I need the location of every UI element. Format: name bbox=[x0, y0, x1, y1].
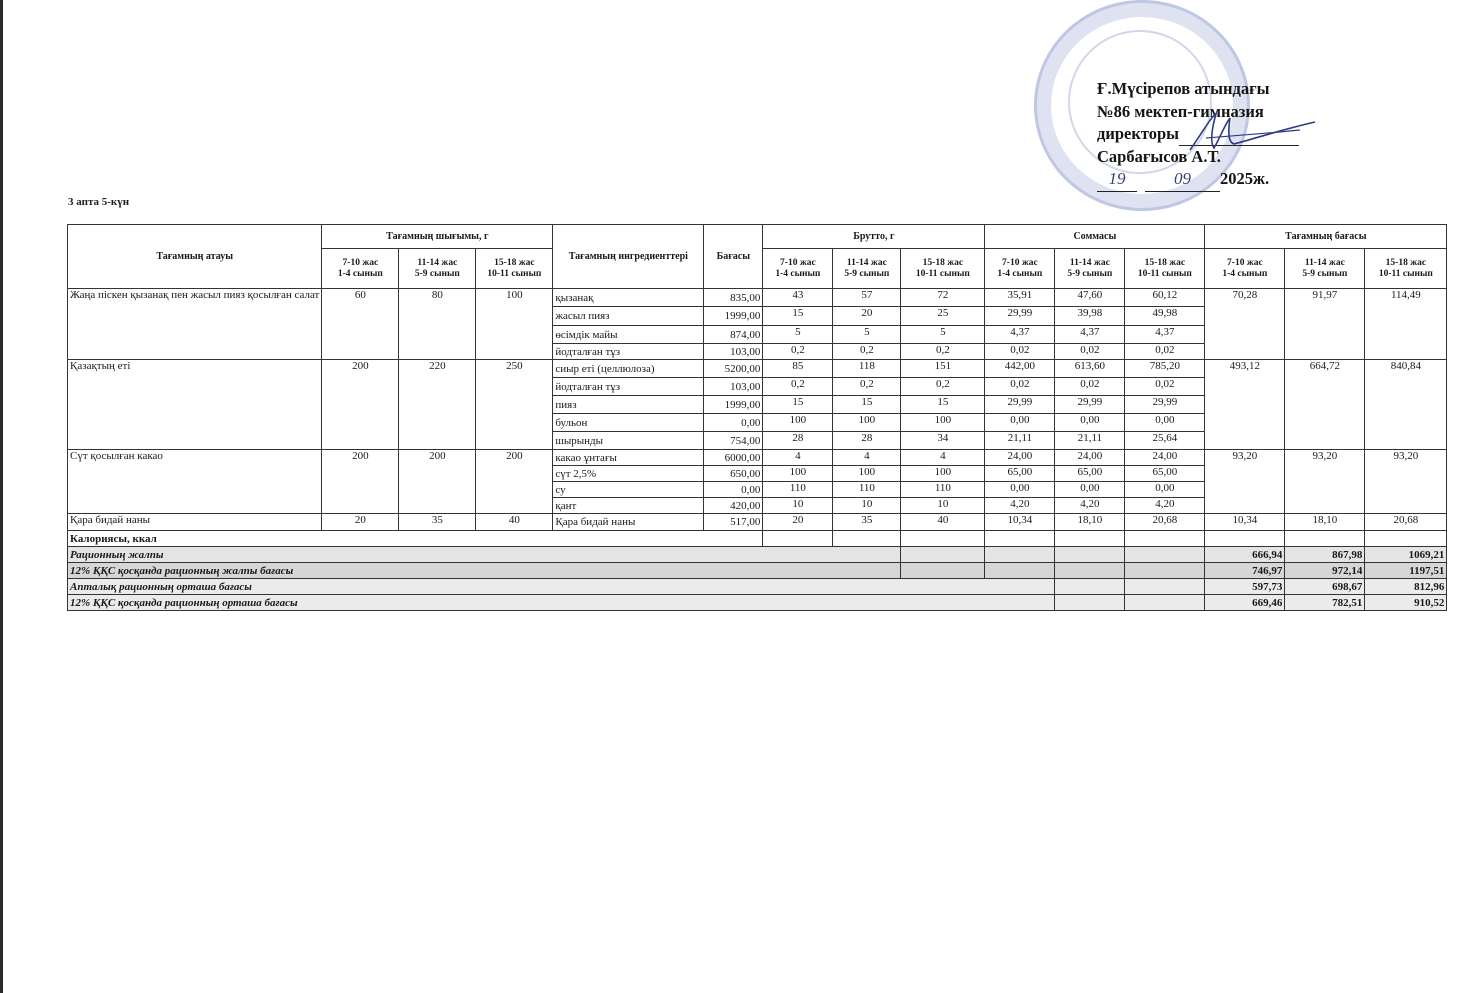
header-dish-price-age-3: 15-18 жас10-11 сынып bbox=[1365, 249, 1447, 289]
ingredient-name: өсімдік майы bbox=[553, 326, 704, 344]
sum-value: 21,11 bbox=[985, 432, 1055, 450]
sum-value: 60,12 bbox=[1125, 289, 1205, 307]
brutto-value: 0,2 bbox=[901, 378, 985, 396]
brutto-value: 4 bbox=[763, 450, 833, 466]
sum-value: 4,37 bbox=[985, 326, 1055, 344]
portion-value: 100 bbox=[476, 289, 553, 360]
ingredient-name: йодталған тұз bbox=[553, 344, 704, 360]
summary-value: 782,51 bbox=[1285, 595, 1365, 611]
dish-price-value: 664,72 bbox=[1285, 360, 1365, 450]
summary-value: 698,67 bbox=[1285, 579, 1365, 595]
sum-value: 0,00 bbox=[1125, 482, 1205, 498]
age-label: 7-10 жас bbox=[765, 258, 830, 269]
grade-label: 5-9 сынып bbox=[401, 269, 473, 280]
sum-value: 4,37 bbox=[1125, 326, 1205, 344]
ingredient-name: шырынды bbox=[553, 432, 704, 450]
sum-value: 35,91 bbox=[985, 289, 1055, 307]
day-label: 3 апта 5-күн bbox=[68, 196, 129, 208]
summary-label: 12% ҚҚС қосқанда рационның жалпы бағасы bbox=[68, 563, 901, 579]
ingredient-name: сүт 2,5% bbox=[553, 466, 704, 482]
sum-value: 47,60 bbox=[1055, 289, 1125, 307]
sum-value: 0,00 bbox=[1055, 414, 1125, 432]
date-day: 19 bbox=[1097, 168, 1137, 192]
ingredient-name: сиыр еті (целлюлоза) bbox=[553, 360, 704, 378]
dish-price-value: 70,28 bbox=[1205, 289, 1285, 360]
sum-value: 65,00 bbox=[985, 466, 1055, 482]
ingredient-price: 754,00 bbox=[704, 432, 763, 450]
age-label: 11-14 жас bbox=[401, 258, 473, 269]
age-label: 11-14 жас bbox=[835, 258, 898, 269]
age-label: 15-18 жас bbox=[1367, 258, 1444, 269]
sum-value: 0,00 bbox=[985, 482, 1055, 498]
sum-value: 20,68 bbox=[1125, 514, 1205, 531]
ingredient-name: какао ұнтағы bbox=[553, 450, 704, 466]
ingredient-name: жасыл пияз bbox=[553, 307, 704, 326]
empty-cell bbox=[901, 547, 985, 563]
sum-value: 65,00 bbox=[1125, 466, 1205, 482]
header-portion: Тағамның шығымы, г bbox=[322, 225, 553, 249]
portion-value: 40 bbox=[476, 514, 553, 531]
brutto-value: 15 bbox=[763, 396, 833, 414]
empty-cell bbox=[1055, 563, 1125, 579]
dish-price-value: 10,34 bbox=[1205, 514, 1285, 531]
empty-cell bbox=[1365, 531, 1447, 547]
ingredient-price: 6000,00 bbox=[704, 450, 763, 466]
empty-cell bbox=[901, 531, 985, 547]
age-label: 15-18 жас bbox=[903, 258, 982, 269]
grade-label: 10-11 сынып bbox=[1367, 269, 1444, 280]
header-ingredients: Тағамның ингредиенттері bbox=[553, 225, 704, 289]
empty-cell bbox=[985, 563, 1055, 579]
brutto-value: 0,2 bbox=[901, 344, 985, 360]
dish-price-value: 93,20 bbox=[1365, 450, 1447, 514]
brutto-value: 0,2 bbox=[833, 378, 901, 396]
empty-cell bbox=[1125, 547, 1205, 563]
sum-value: 442,00 bbox=[985, 360, 1055, 378]
grade-label: 5-9 сынып bbox=[1057, 269, 1122, 280]
summary-row: Рационның жалпы666,94867,981069,21 bbox=[68, 547, 1447, 563]
scan-left-edge bbox=[0, 0, 3, 993]
ingredient-price: 0,00 bbox=[704, 482, 763, 498]
brutto-value: 25 bbox=[901, 307, 985, 326]
sum-value: 0,02 bbox=[985, 344, 1055, 360]
sum-value: 4,20 bbox=[1125, 498, 1205, 514]
header-dish-price-age-1: 7-10 жас1-4 сынып bbox=[1205, 249, 1285, 289]
empty-cell bbox=[1055, 547, 1125, 563]
brutto-value: 34 bbox=[901, 432, 985, 450]
header-portion-age-3: 15-18 жас10-11 сынып bbox=[476, 249, 553, 289]
dish-price-value: 93,20 bbox=[1205, 450, 1285, 514]
sum-value: 613,60 bbox=[1055, 360, 1125, 378]
brutto-value: 28 bbox=[763, 432, 833, 450]
brutto-value: 10 bbox=[763, 498, 833, 514]
grade-label: 10-11 сынып bbox=[1127, 269, 1202, 280]
sum-value: 0,00 bbox=[985, 414, 1055, 432]
header-portion-age-2: 11-14 жас5-9 сынып bbox=[399, 249, 476, 289]
brutto-value: 151 bbox=[901, 360, 985, 378]
dish-price-value: 20,68 bbox=[1365, 514, 1447, 531]
empty-cell bbox=[763, 531, 833, 547]
brutto-value: 85 bbox=[763, 360, 833, 378]
header-portion-age-1: 7-10 жас1-4 сынып bbox=[322, 249, 399, 289]
grade-label: 1-4 сынып bbox=[1207, 269, 1282, 280]
calories-label: Калориясы, ккал bbox=[68, 531, 763, 547]
sum-value: 0,00 bbox=[1125, 414, 1205, 432]
brutto-value: 15 bbox=[763, 307, 833, 326]
empty-cell bbox=[1055, 579, 1125, 595]
director-signature bbox=[1150, 108, 1320, 156]
header-dish-price-age-2: 11-14 жас5-9 сынып bbox=[1285, 249, 1365, 289]
table-row: Қазақтың еті200220250сиыр еті (целлюлоза… bbox=[68, 360, 1447, 378]
portion-value: 200 bbox=[322, 450, 399, 514]
empty-cell bbox=[1125, 579, 1205, 595]
summary-value: 812,96 bbox=[1365, 579, 1447, 595]
brutto-value: 100 bbox=[763, 466, 833, 482]
header-sum: Соммасы bbox=[985, 225, 1205, 249]
empty-cell bbox=[985, 547, 1055, 563]
grade-label: 10-11 сынып bbox=[903, 269, 982, 280]
age-label: 7-10 жас bbox=[324, 258, 396, 269]
summary-label: Апталық рационның орташа бағасы bbox=[68, 579, 1055, 595]
sum-value: 785,20 bbox=[1125, 360, 1205, 378]
brutto-value: 72 bbox=[901, 289, 985, 307]
brutto-value: 0,2 bbox=[833, 344, 901, 360]
approval-school-name: Ғ.Мүсірепов атындағы bbox=[1097, 78, 1299, 101]
sum-value: 24,00 bbox=[1055, 450, 1125, 466]
summary-value: 910,52 bbox=[1365, 595, 1447, 611]
ingredient-price: 835,00 bbox=[704, 289, 763, 307]
dish-price-value: 93,20 bbox=[1285, 450, 1365, 514]
portion-value: 80 bbox=[399, 289, 476, 360]
header-brutto-age-3: 15-18 жас10-11 сынып bbox=[901, 249, 985, 289]
header-dish-price: Тағамның бағасы bbox=[1205, 225, 1447, 249]
summary-value: 867,98 bbox=[1285, 547, 1365, 563]
brutto-value: 10 bbox=[901, 498, 985, 514]
brutto-value: 4 bbox=[833, 450, 901, 466]
summary-value: 972,14 bbox=[1285, 563, 1365, 579]
sum-value: 0,02 bbox=[1055, 378, 1125, 396]
brutto-value: 100 bbox=[763, 414, 833, 432]
portion-value: 35 bbox=[399, 514, 476, 531]
dish-name: Жаңа піскен қызанақ пен жасыл пияз қосыл… bbox=[68, 289, 322, 360]
sum-value: 24,00 bbox=[1125, 450, 1205, 466]
brutto-value: 0,2 bbox=[763, 378, 833, 396]
grade-label: 5-9 сынып bbox=[1287, 269, 1362, 280]
age-label: 7-10 жас bbox=[987, 258, 1052, 269]
ingredient-name: бульон bbox=[553, 414, 704, 432]
brutto-value: 43 bbox=[763, 289, 833, 307]
empty-cell bbox=[1125, 531, 1205, 547]
ingredient-price: 5200,00 bbox=[704, 360, 763, 378]
portion-value: 250 bbox=[476, 360, 553, 450]
sum-value: 29,99 bbox=[1125, 396, 1205, 414]
empty-cell bbox=[901, 563, 985, 579]
empty-cell bbox=[1125, 595, 1205, 611]
ingredient-name: йодталған тұз bbox=[553, 378, 704, 396]
brutto-value: 40 bbox=[901, 514, 985, 531]
brutto-value: 100 bbox=[901, 414, 985, 432]
age-label: 15-18 жас bbox=[478, 258, 550, 269]
table-row: Қара бидай наны203540Қара бидай наны517,… bbox=[68, 514, 1447, 531]
grade-label: 1-4 сынып bbox=[987, 269, 1052, 280]
empty-cell bbox=[1055, 531, 1125, 547]
sum-value: 4,20 bbox=[985, 498, 1055, 514]
ingredient-price: 650,00 bbox=[704, 466, 763, 482]
summary-row: 12% ҚҚС қосқанда рационның орташа бағасы… bbox=[68, 595, 1447, 611]
dish-name: Қара бидай наны bbox=[68, 514, 322, 531]
sum-value: 29,99 bbox=[985, 307, 1055, 326]
portion-value: 60 bbox=[322, 289, 399, 360]
table-row: Сүт қосылған какао200200200какао ұнтағы6… bbox=[68, 450, 1447, 466]
brutto-value: 110 bbox=[833, 482, 901, 498]
header-brutto-age-1: 7-10 жас1-4 сынып bbox=[763, 249, 833, 289]
summary-value: 597,73 bbox=[1205, 579, 1285, 595]
sum-value: 49,98 bbox=[1125, 307, 1205, 326]
empty-cell bbox=[985, 531, 1055, 547]
ingredient-name: Қара бидай наны bbox=[553, 514, 704, 531]
empty-cell bbox=[1125, 563, 1205, 579]
summary-row: Апталық рационның орташа бағасы597,73698… bbox=[68, 579, 1447, 595]
dish-price-value: 840,84 bbox=[1365, 360, 1447, 450]
sum-value: 0,02 bbox=[1055, 344, 1125, 360]
portion-value: 220 bbox=[399, 360, 476, 450]
sum-value: 29,99 bbox=[1055, 396, 1125, 414]
sum-value: 0,00 bbox=[1055, 482, 1125, 498]
ingredient-price: 1999,00 bbox=[704, 307, 763, 326]
summary-value: 1197,51 bbox=[1365, 563, 1447, 579]
brutto-value: 0,2 bbox=[763, 344, 833, 360]
grade-label: 1-4 сынып bbox=[324, 269, 396, 280]
summary-value: 746,97 bbox=[1205, 563, 1285, 579]
table-row: Жаңа піскен қызанақ пен жасыл пияз қосыл… bbox=[68, 289, 1447, 307]
brutto-value: 4 bbox=[901, 450, 985, 466]
grade-label: 5-9 сынып bbox=[835, 269, 898, 280]
dish-price-value: 493,12 bbox=[1205, 360, 1285, 450]
summary-label: Рационның жалпы bbox=[68, 547, 901, 563]
brutto-value: 110 bbox=[901, 482, 985, 498]
brutto-value: 20 bbox=[833, 307, 901, 326]
ingredient-name: су bbox=[553, 482, 704, 498]
sum-value: 39,98 bbox=[1055, 307, 1125, 326]
summary-label: 12% ҚҚС қосқанда рационның орташа бағасы bbox=[68, 595, 1055, 611]
header-sum-age-1: 7-10 жас1-4 сынып bbox=[985, 249, 1055, 289]
sum-value: 29,99 bbox=[985, 396, 1055, 414]
calories-row: Калориясы, ккал bbox=[68, 531, 1447, 547]
brutto-value: 100 bbox=[901, 466, 985, 482]
age-label: 7-10 жас bbox=[1207, 258, 1282, 269]
header-brutto-age-2: 11-14 жас5-9 сынып bbox=[833, 249, 901, 289]
brutto-value: 100 bbox=[833, 414, 901, 432]
empty-cell bbox=[1205, 531, 1285, 547]
sum-value: 65,00 bbox=[1055, 466, 1125, 482]
brutto-value: 118 bbox=[833, 360, 901, 378]
empty-cell bbox=[1285, 531, 1365, 547]
header-price: Бағасы bbox=[704, 225, 763, 289]
dish-name: Қазақтың еті bbox=[68, 360, 322, 450]
portion-value: 200 bbox=[322, 360, 399, 450]
age-label: 11-14 жас bbox=[1057, 258, 1122, 269]
sum-value: 18,10 bbox=[1055, 514, 1125, 531]
brutto-value: 5 bbox=[901, 326, 985, 344]
brutto-value: 100 bbox=[833, 466, 901, 482]
date-month: 09 bbox=[1145, 168, 1220, 192]
brutto-value: 5 bbox=[833, 326, 901, 344]
ingredient-price: 420,00 bbox=[704, 498, 763, 514]
sum-value: 0,02 bbox=[1125, 344, 1205, 360]
brutto-value: 35 bbox=[833, 514, 901, 531]
menu-table: Тағамның атауы Тағамның шығымы, г Тағамн… bbox=[67, 224, 1447, 611]
portion-value: 20 bbox=[322, 514, 399, 531]
ingredient-price: 0,00 bbox=[704, 414, 763, 432]
summary-value: 1069,21 bbox=[1365, 547, 1447, 563]
approval-date: 19092025ж. bbox=[1097, 168, 1299, 191]
age-label: 11-14 жас bbox=[1287, 258, 1362, 269]
portion-value: 200 bbox=[399, 450, 476, 514]
ingredient-price: 103,00 bbox=[704, 378, 763, 396]
sum-value: 25,64 bbox=[1125, 432, 1205, 450]
sum-value: 0,02 bbox=[1125, 378, 1205, 396]
portion-value: 200 bbox=[476, 450, 553, 514]
brutto-value: 10 bbox=[833, 498, 901, 514]
sum-value: 0,02 bbox=[985, 378, 1055, 396]
brutto-value: 5 bbox=[763, 326, 833, 344]
sum-value: 10,34 bbox=[985, 514, 1055, 531]
header-brutto: Брутто, г bbox=[763, 225, 985, 249]
date-year: 2025ж. bbox=[1220, 169, 1269, 188]
sum-value: 4,37 bbox=[1055, 326, 1125, 344]
ingredient-price: 517,00 bbox=[704, 514, 763, 531]
ingredient-price: 103,00 bbox=[704, 344, 763, 360]
summary-row: 12% ҚҚС қосқанда рационның жалпы бағасы7… bbox=[68, 563, 1447, 579]
age-label: 15-18 жас bbox=[1127, 258, 1202, 269]
grade-label: 10-11 сынып bbox=[478, 269, 550, 280]
empty-cell bbox=[833, 531, 901, 547]
empty-cell bbox=[1055, 595, 1125, 611]
brutto-value: 15 bbox=[901, 396, 985, 414]
brutto-value: 15 bbox=[833, 396, 901, 414]
dish-price-value: 18,10 bbox=[1285, 514, 1365, 531]
ingredient-price: 874,00 bbox=[704, 326, 763, 344]
dish-price-value: 114,49 bbox=[1365, 289, 1447, 360]
header-sum-age-2: 11-14 жас5-9 сынып bbox=[1055, 249, 1125, 289]
header-sum-age-3: 15-18 жас10-11 сынып bbox=[1125, 249, 1205, 289]
sum-value: 24,00 bbox=[985, 450, 1055, 466]
ingredient-name: қызанақ bbox=[553, 289, 704, 307]
ingredient-name: қант bbox=[553, 498, 704, 514]
dish-name: Сүт қосылған какао bbox=[68, 450, 322, 514]
header-dish-name: Тағамның атауы bbox=[68, 225, 322, 289]
dish-price-value: 91,97 bbox=[1285, 289, 1365, 360]
brutto-value: 110 bbox=[763, 482, 833, 498]
brutto-value: 28 bbox=[833, 432, 901, 450]
grade-label: 1-4 сынып bbox=[765, 269, 830, 280]
sum-value: 21,11 bbox=[1055, 432, 1125, 450]
brutto-value: 20 bbox=[763, 514, 833, 531]
brutto-value: 57 bbox=[833, 289, 901, 307]
ingredient-name: пияз bbox=[553, 396, 704, 414]
sum-value: 4,20 bbox=[1055, 498, 1125, 514]
summary-value: 669,46 bbox=[1205, 595, 1285, 611]
ingredient-price: 1999,00 bbox=[704, 396, 763, 414]
summary-value: 666,94 bbox=[1205, 547, 1285, 563]
